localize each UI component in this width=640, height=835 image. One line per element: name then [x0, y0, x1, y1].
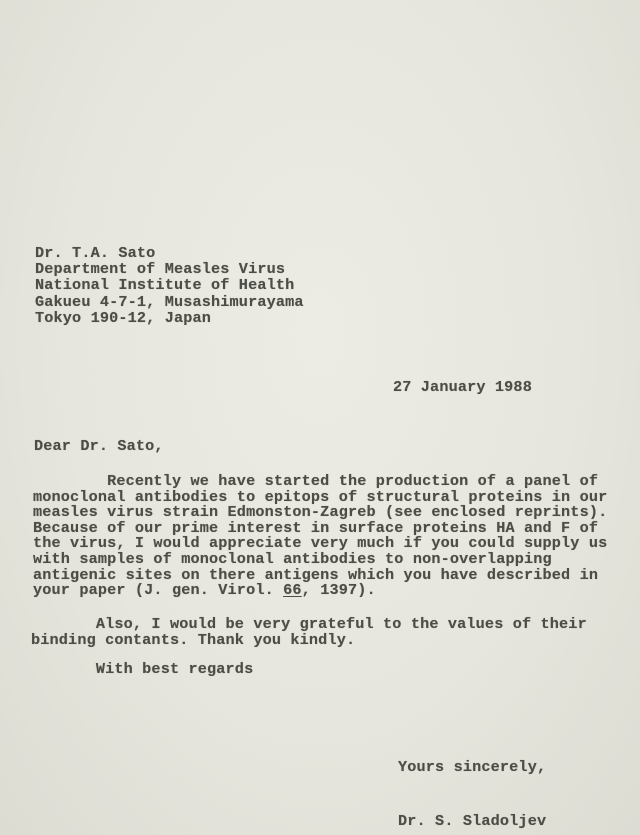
citation-volume: 66: [283, 581, 302, 599]
recipient-address: Dr. T.A. Sato Department of Measles Viru…: [35, 245, 304, 326]
letter-page: Dr. T.A. Sato Department of Measles Viru…: [0, 0, 640, 835]
paragraph-line: your paper (J. gen. Virol. 66, 1397).: [33, 583, 607, 599]
citation-prefix: your paper (J. gen. Virol.: [33, 581, 283, 599]
address-line: Gakueu 4-7-1, Musashimurayama: [35, 294, 304, 310]
paragraph-2: Also, I would be very grateful to the va…: [31, 617, 587, 648]
address-line: National Institute of Health: [35, 277, 304, 293]
address-line: Department of Measles Virus: [35, 261, 304, 277]
citation-suffix: , 1397).: [302, 581, 376, 599]
paragraph-line: binding contants. Thank you kindly.: [31, 633, 587, 649]
address-line: Dr. T.A. Sato: [35, 245, 304, 261]
letter-date: 27 January 1988: [393, 379, 532, 395]
valediction: Yours sincerely,: [398, 759, 546, 775]
signature-name: Dr. S. Sladoljev: [398, 813, 546, 829]
address-line: Tokyo 190-12, Japan: [35, 310, 304, 326]
salutation: Dear Dr. Sato,: [34, 438, 164, 454]
paragraph-1: Recently we have started the production …: [33, 474, 607, 599]
closing-regards: With best regards: [31, 661, 253, 677]
